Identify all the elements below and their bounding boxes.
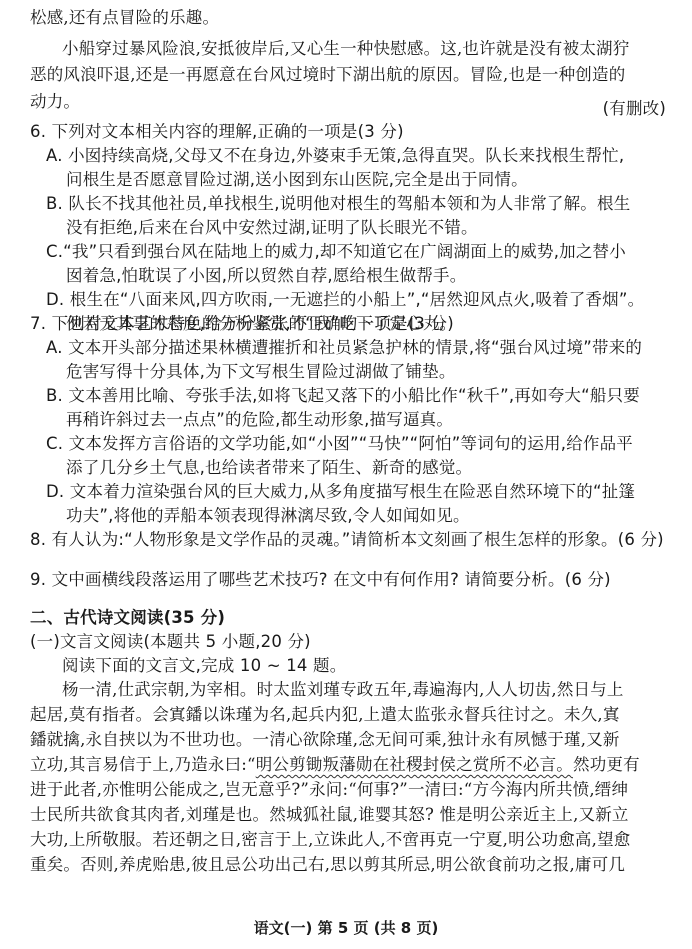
exam-page-classical-end xyxy=(0,0,692,949)
footer-page-number: 语文(一) 第 5 页 (共 8 页) xyxy=(0,917,692,938)
